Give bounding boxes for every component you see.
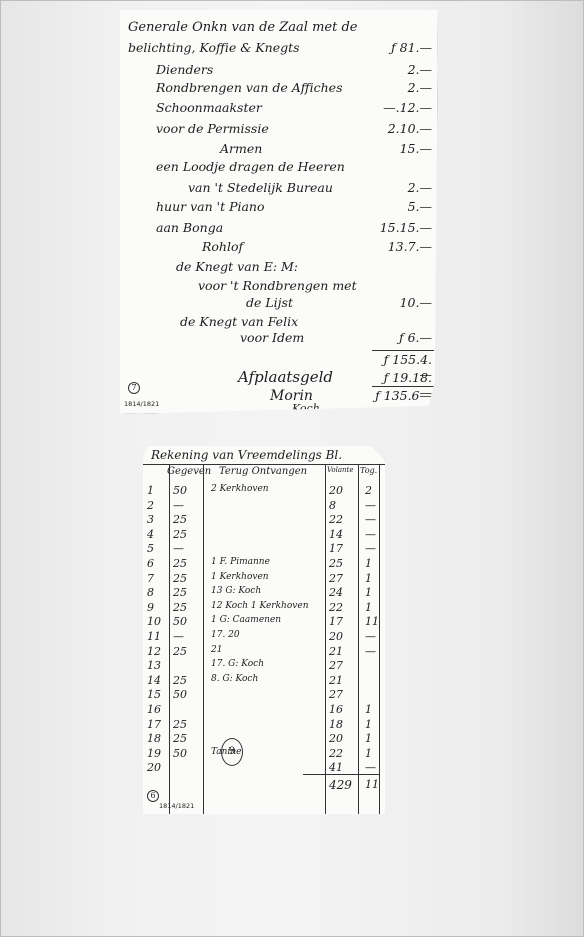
returned-note: 2 Kerkhoven <box>211 484 269 494</box>
ledger-total-value: 429 <box>329 778 352 792</box>
tog-count: 2 <box>365 484 372 497</box>
given-amount: 25 <box>173 586 187 599</box>
value-amount: 20 <box>329 732 355 745</box>
header-tog: Tog. <box>360 466 377 475</box>
returned-note: 17. 20 <box>211 630 240 640</box>
ledger-title: Rekening van Vreemdelings Bl. <box>151 448 342 462</box>
ledger-row: 5—17— <box>143 542 385 557</box>
given-amount: 25 <box>173 645 187 658</box>
returned-note: 12 Koch 1 Kerkhoven <box>211 601 308 611</box>
circled-mark: 9 <box>221 738 243 766</box>
ledger-row: 155027 <box>143 688 385 703</box>
ledger-row: 6251 F. Pimanne251 <box>143 557 385 572</box>
value-amount: 17 <box>329 615 355 628</box>
ledger-row: 1825201 <box>143 732 385 747</box>
entry-amount: 13.7.— <box>372 239 432 254</box>
tog-count: — <box>365 499 376 512</box>
entry-label: aan Bonga <box>156 220 223 235</box>
entry-label: de Knegt van Felix <box>180 314 298 329</box>
value-amount: 22 <box>329 513 355 526</box>
returned-note: 1 G: Caamenen <box>211 615 281 625</box>
ledger-row: 42514— <box>143 528 385 543</box>
entry-amount: 2.— <box>372 62 432 77</box>
tog-count: — <box>365 528 376 541</box>
given-amount: 25 <box>173 572 187 585</box>
tog-count: 1 <box>365 557 372 570</box>
header-returned: Terug Ontvangen <box>219 466 307 477</box>
total-rule <box>372 386 434 387</box>
given-amount: 25 <box>173 513 187 526</box>
sheet-title: Generale Onkn van de Zaal met de <box>128 20 357 35</box>
entry-amount: ƒ 81.— <box>372 40 432 55</box>
value-amount: 21 <box>329 645 355 658</box>
value-amount: 14 <box>329 528 355 541</box>
entry-label: belichting, Koffie & Knegts <box>128 40 300 55</box>
ledger-row: 1725181 <box>143 718 385 733</box>
row-number: 11 <box>147 630 165 643</box>
row-number: 12 <box>147 645 165 658</box>
given-amount: 25 <box>173 601 187 614</box>
tog-count: — <box>365 630 376 643</box>
ledger-row: 82513 G: Koch241 <box>143 586 385 601</box>
value-amount: 27 <box>329 572 355 585</box>
tog-count: 1 <box>365 718 372 731</box>
ledger-row: 92512 Koch 1 Kerkhoven221 <box>143 601 385 616</box>
given-amount: 25 <box>173 557 187 570</box>
row-number: 9 <box>147 601 165 614</box>
page-number-badge: 6 <box>147 790 159 802</box>
returned-note: 13 G: Koch <box>211 586 261 596</box>
value-amount: 25 <box>329 557 355 570</box>
ledger-row: 16161 <box>143 703 385 718</box>
row-number: 19 <box>147 747 165 760</box>
given-amount: 50 <box>173 615 187 628</box>
row-number: 5 <box>147 542 165 555</box>
entry-amount: 2.— <box>372 180 432 195</box>
archive-reference: 1814/1821 <box>159 802 194 810</box>
tog-count: — <box>365 542 376 555</box>
row-number: 10 <box>147 615 165 628</box>
ledger-row: 2—8— <box>143 499 385 514</box>
value-amount: 24 <box>329 586 355 599</box>
given-amount: 25 <box>173 732 187 745</box>
row-number: 4 <box>147 528 165 541</box>
returned-note: 1 F. Pimanne <box>211 557 270 567</box>
entry-amount: 2.10.— <box>372 121 432 136</box>
deduction-label: Afplaatsgeld <box>238 368 333 386</box>
header-value: Volante <box>327 466 354 474</box>
ledger-row: 12252121— <box>143 645 385 660</box>
ledger-total-rule <box>303 774 379 775</box>
row-number: 18 <box>147 732 165 745</box>
value-amount: 41 <box>329 761 355 774</box>
entry-label: huur van 't Piano <box>156 199 265 214</box>
entry-amount: 10.— <box>372 295 432 310</box>
title-rule <box>143 464 385 465</box>
value-amount: 17 <box>329 542 355 555</box>
tog-count: 1 <box>365 586 372 599</box>
entry-label: voor Idem <box>240 330 304 345</box>
tog-count: — <box>365 513 376 526</box>
tog-count: — <box>365 761 376 774</box>
ledger-row: 7251 Kerkhoven271 <box>143 572 385 587</box>
row-number: 2 <box>147 499 165 512</box>
given-amount: — <box>173 499 184 512</box>
given-amount: 25 <box>173 674 187 687</box>
value-amount: 27 <box>329 659 355 672</box>
row-number: 20 <box>147 761 165 774</box>
entry-amount: 5.— <box>372 199 432 214</box>
entry-label: de Lijst <box>246 295 293 310</box>
row-number: 8 <box>147 586 165 599</box>
header-given: Gegeven <box>167 466 211 477</box>
entry-label: voor de Permissie <box>156 121 269 136</box>
returned-note: 8. G: Koch <box>211 674 258 684</box>
value-amount: 20 <box>329 484 355 497</box>
entry-amount: ƒ 6.— <box>372 330 432 345</box>
row-number: 6 <box>147 557 165 570</box>
value-amount: 21 <box>329 674 355 687</box>
given-amount: 50 <box>173 747 187 760</box>
ledger-row: 14258. G: Koch21 <box>143 674 385 689</box>
entry-label: van 't Stedelijk Bureau <box>188 180 333 195</box>
given-amount: 25 <box>173 718 187 731</box>
row-number: 17 <box>147 718 165 731</box>
entry-amount: —.12.— <box>372 100 432 115</box>
entry-amount: 15.— <box>372 141 432 156</box>
page-number-badge: 7 <box>128 382 140 394</box>
entry-label: Armen <box>220 141 262 156</box>
tog-count: 1 <box>365 703 372 716</box>
given-amount: 25 <box>173 528 187 541</box>
ledger-row: 11—17. 2020— <box>143 630 385 645</box>
archive-reference: 1814/1821 <box>124 400 159 408</box>
expense-sheet: Generale Onkn van de Zaal met de belicht… <box>120 10 438 414</box>
tog-count: 1 <box>365 732 372 745</box>
sum-rule <box>372 350 434 351</box>
value-amount: 16 <box>329 703 355 716</box>
entry-label: de Knegt van E: M: <box>176 259 298 274</box>
entry-label: Rohlof <box>202 239 243 254</box>
value-amount: 20 <box>329 630 355 643</box>
entry-amount: 2.— <box>372 80 432 95</box>
row-number: 14 <box>147 674 165 687</box>
value-amount: 8 <box>329 499 355 512</box>
row-number: 3 <box>147 513 165 526</box>
row-number: 7 <box>147 572 165 585</box>
ledger-row: 32522— <box>143 513 385 528</box>
given-amount: 50 <box>173 484 187 497</box>
ledger-row: 1502 Kerkhoven202 <box>143 484 385 499</box>
given-amount: — <box>173 630 184 643</box>
value-amount: 22 <box>329 601 355 614</box>
ledger-sheet: Rekening van Vreemdelings Bl. Gegeven Te… <box>143 446 385 814</box>
tog-count: 1 <box>365 601 372 614</box>
entry-label: voor 't Rondbrengen met <box>198 278 357 293</box>
entry-label: Rondbrengen van de Affiches <box>156 80 343 95</box>
tog-count: 1 <box>365 747 372 760</box>
returned-note: 21 <box>211 645 222 655</box>
row-number: 1 <box>147 484 165 497</box>
tog-count: — <box>365 645 376 658</box>
ledger-row: 1950Tanine221 <box>143 747 385 762</box>
returned-note: 17. G: Koch <box>211 659 264 669</box>
entry-label: Schoonmaakster <box>156 100 262 115</box>
given-amount: 50 <box>173 688 187 701</box>
entry-amount: 15.15.— <box>372 220 432 235</box>
ledger-row: 10501 G: Caamenen1711 <box>143 615 385 630</box>
value-amount: 22 <box>329 747 355 760</box>
value-amount: 27 <box>329 688 355 701</box>
row-number: 15 <box>147 688 165 701</box>
given-amount: — <box>173 542 184 555</box>
entry-label: een Loodje dragen de Heeren <box>156 159 345 174</box>
tog-count: 1 <box>365 572 372 585</box>
row-number: 16 <box>147 703 165 716</box>
total-amount: ƒ 135.6— <box>372 388 432 403</box>
value-amount: 18 <box>329 718 355 731</box>
entry-label: Dienders <box>156 62 213 77</box>
row-number: 13 <box>147 659 165 672</box>
tog-count: 11 <box>365 615 379 628</box>
ledger-total-tog: 11 <box>365 778 379 791</box>
returned-note: 1 Kerkhoven <box>211 572 269 582</box>
ledger-row: 1317. G: Koch27 <box>143 659 385 674</box>
